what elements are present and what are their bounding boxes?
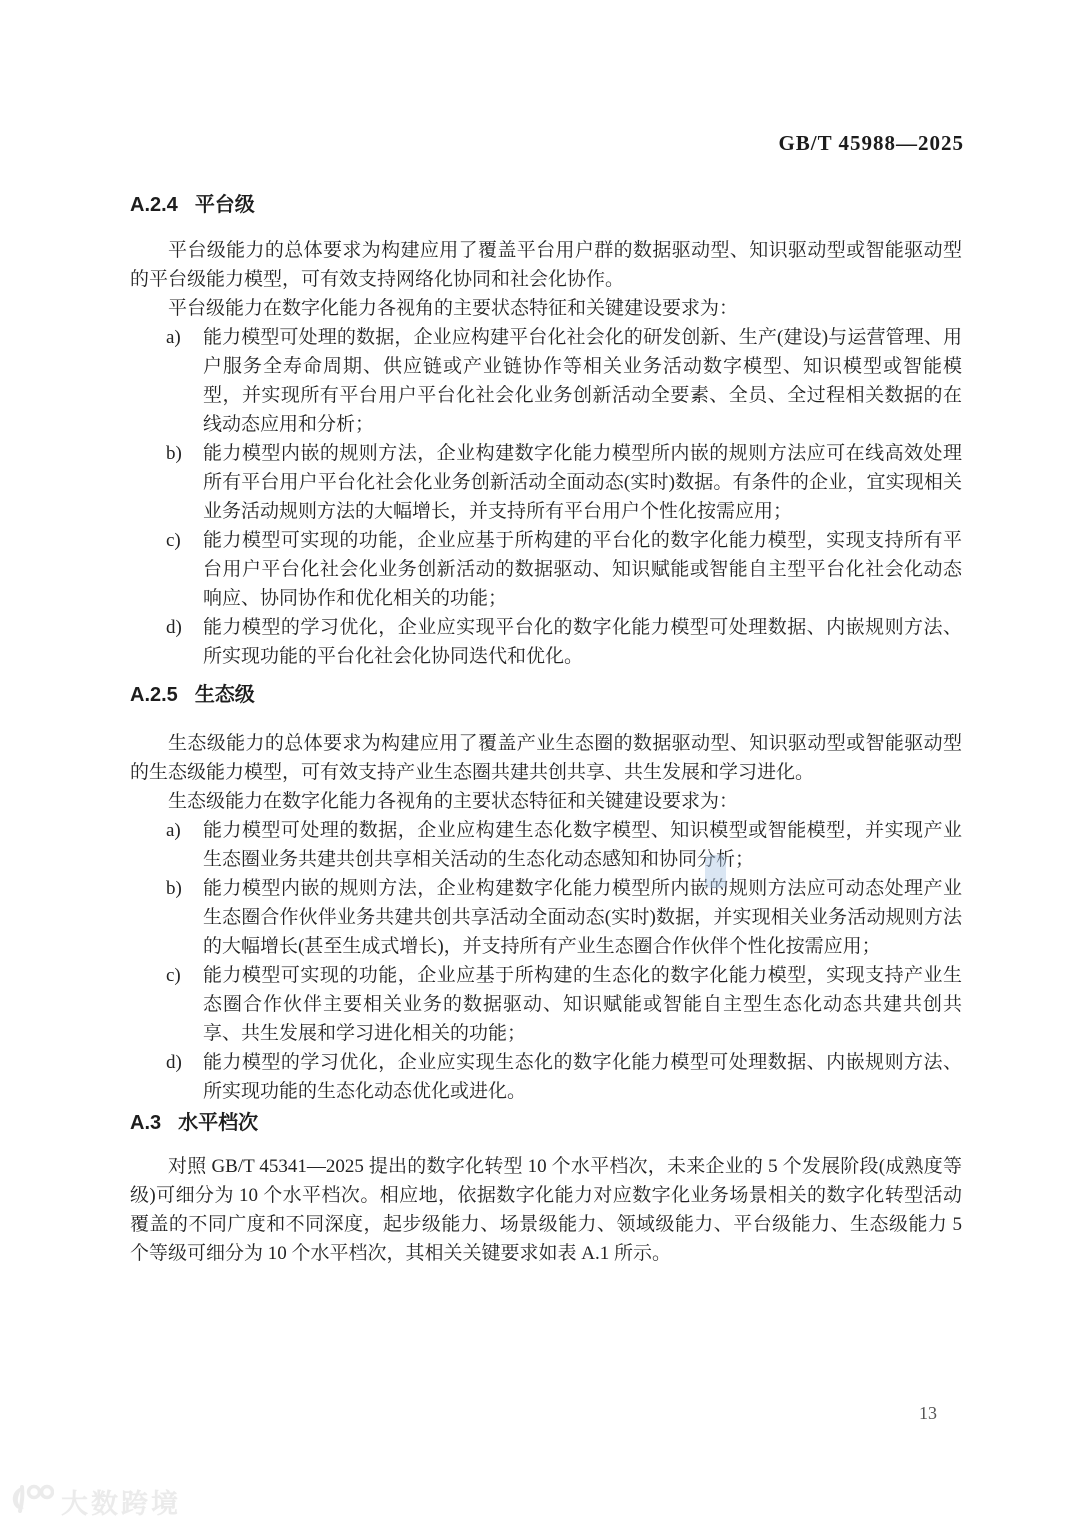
list-item-text: 能力模型的学习优化，企业应实现生态化的数字化能力模型可处理数据、内嵌规则方法、所… (203, 1048, 962, 1106)
list-item-marker: a) (166, 323, 203, 439)
section-heading-a24: A.2.4 平台级 (130, 194, 962, 216)
watermark-text: 大数跨境 (61, 1482, 181, 1521)
list-item: c) 能力模型可实现的功能，企业应基于所构建的平台化的数字化能力模型，实现支持所… (130, 526, 962, 613)
section-title: 生态级 (195, 684, 255, 706)
list-item-text: 能力模型内嵌的规则方法，企业构建数字化能力模型所内嵌的规则方法应可在线高效处理所… (203, 439, 962, 526)
list-item-text: 能力模型可实现的功能，企业应基于所构建的平台化的数字化能力模型，实现支持所有平台… (203, 526, 962, 613)
list-item-marker: d) (166, 613, 203, 671)
list-item: b) 能力模型内嵌的规则方法，企业构建数字化能力模型所内嵌的规则方法应可动态处理… (130, 874, 962, 961)
list-item-text: 能力模型可实现的功能，企业应基于所构建的生态化的数字化能力模型，实现支持产业生态… (203, 961, 962, 1048)
list-item-text: 能力模型的学习优化，企业应实现平台化的数字化能力模型可处理数据、内嵌规则方法、所… (203, 613, 962, 671)
watermark: 大数跨境 (8, 1481, 181, 1522)
list-item: d) 能力模型的学习优化，企业应实现生态化的数字化能力模型可处理数据、内嵌规则方… (130, 1048, 962, 1106)
page-number: 13 (919, 1403, 937, 1424)
list-item: d) 能力模型的学习优化，企业应实现平台化的数字化能力模型可处理数据、内嵌规则方… (130, 613, 962, 671)
section-a24: A.2.4 平台级 平台级能力的总体要求为构建应用了覆盖平台用户群的数据驱动型、… (130, 194, 962, 671)
paragraph: 对照 GB/T 45341—2025 提出的数字化转型 10 个水平档次，未来企… (130, 1152, 962, 1268)
section-a3: A.3 水平档次 对照 GB/T 45341—2025 提出的数字化转型 10 … (130, 1112, 962, 1268)
list-item-marker: a) (166, 816, 203, 874)
section-a25: A.2.5 生态级 生态级能力的总体要求为构建应用了覆盖产业生态圈的数据驱动型、… (130, 684, 962, 1106)
list-item-marker: c) (166, 526, 203, 613)
paragraph: 平台级能力在数字化能力各视角的主要状态特征和关键建设要求为： (130, 294, 962, 323)
document-body: A.2.4 平台级 平台级能力的总体要求为构建应用了覆盖平台用户群的数据驱动型、… (130, 0, 962, 1268)
list-item: a) 能力模型可处理的数据，企业应构建生态化数字模型、知识模型或智能模型，并实现… (130, 816, 962, 874)
list-item-text: 能力模型内嵌的规则方法，企业构建数字化能力模型所内嵌的规则方法应可动态处理产业生… (203, 874, 962, 961)
document-page: { "page": { "header_code": "GB/T 45988—2… (0, 0, 1080, 1527)
list-item-marker: b) (166, 439, 203, 526)
watermark-logo-icon (8, 1481, 54, 1522)
paragraph: 平台级能力的总体要求为构建应用了覆盖平台用户群的数据驱动型、知识驱动型或智能驱动… (130, 236, 962, 294)
section-number: A.2.5 (130, 684, 178, 706)
section-number: A.3 (130, 1112, 161, 1134)
list-item-marker: c) (166, 961, 203, 1048)
list-item: c) 能力模型可实现的功能，企业应基于所构建的生态化的数字化能力模型，实现支持产… (130, 961, 962, 1048)
list-item: b) 能力模型内嵌的规则方法，企业构建数字化能力模型所内嵌的规则方法应可在线高效… (130, 439, 962, 526)
section-heading-a25: A.2.5 生态级 (130, 684, 962, 706)
section-title: 水平档次 (178, 1112, 258, 1134)
section-title: 平台级 (195, 194, 255, 216)
list-item-marker: d) (166, 1048, 203, 1106)
paragraph: 生态级能力的总体要求为构建应用了覆盖产业生态圈的数据驱动型、知识驱动型或智能驱动… (130, 729, 962, 787)
list-item-text: 能力模型可处理的数据，企业应构建生态化数字模型、知识模型或智能模型，并实现产业生… (203, 816, 962, 874)
section-number: A.2.4 (130, 194, 178, 216)
paragraph: 生态级能力在数字化能力各视角的主要状态特征和关键建设要求为： (130, 787, 962, 816)
section-heading-a3: A.3 水平档次 (130, 1112, 962, 1134)
list-item-text: 能力模型可处理的数据，企业应构建平台化社会化的研发创新、生产(建设)与运营管理、… (203, 323, 962, 439)
list-item-marker: b) (166, 874, 203, 961)
list-item: a) 能力模型可处理的数据，企业应构建平台化社会化的研发创新、生产(建设)与运营… (130, 323, 962, 439)
